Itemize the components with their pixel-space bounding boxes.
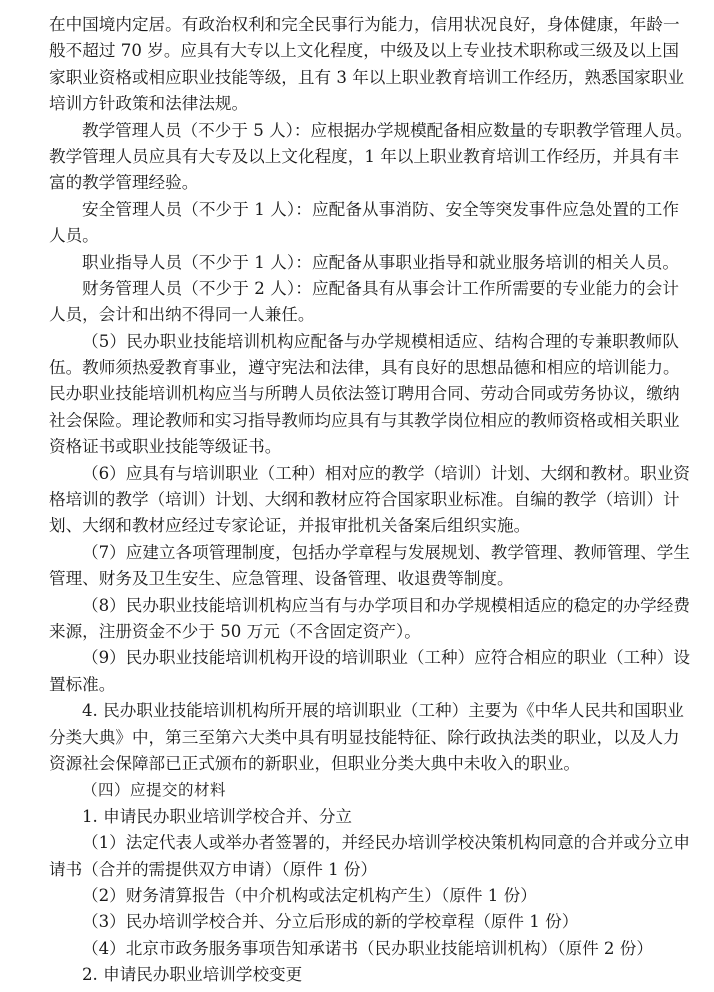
text-line: 划、大纲和教材应经过专家论证，并报审批机关备案后组织实施。 — [49, 513, 679, 539]
text-line: 格培训的教学（培训）计划、大纲和教材应符合国家职业标准。自编的教学（培训）计 — [49, 487, 679, 513]
text-line: 分类大典》中，第三至第六大类中具有明显技能特征、除行政执法类的职业，以及人力 — [49, 725, 679, 751]
text-line: 般不超过 70 岁。应具有大专以上文化程度，中级及以上专业技术职称或三级及以上国 — [49, 38, 679, 64]
document-page: 在中国境内定居。有政治权利和完全民事行为能力，信用状况良好，身体健康，年龄一 般… — [49, 12, 679, 988]
text-line: （7）应建立各项管理制度，包括办学章程与发展规划、教学管理、教师管理、学生 — [49, 540, 679, 566]
text-line: 4. 民办职业技能培训机构所开展的培训职业（工种）主要为《中华人民共和国职业 — [49, 698, 679, 724]
text-line: 安全管理人员（不少于 1 人）：应配备从事消防、安全等突发事件应急处置的工作 — [49, 197, 679, 223]
text-line: 教学管理人员（不少于 5 人）：应根据办学规模配备相应数量的专职教学管理人员。 — [49, 118, 679, 144]
text-line: （4）北京市政务服务事项告知承诺书（民办职业技能培训机构）（原件 2 份） — [49, 936, 679, 962]
paragraph-legal-rep-cont: 在中国境内定居。有政治权利和完全民事行为能力，信用状况良好，身体健康，年龄一 般… — [49, 12, 679, 118]
text-line: 社会保险。理论教师和实习指导教师均应具有与其教学岗位相应的教师资格或相关职业 — [49, 408, 679, 434]
text-line: 来源，注册资金不少于 50 万元（不含固定资产）。 — [49, 619, 679, 645]
text-line: 伍。教师须热爱教育事业，遵守宪法和法律，具有良好的思想品德和相应的培训能力。 — [49, 355, 679, 381]
text-line: （2）财务清算报告（中介机构或法定机构产生）（原件 1 份） — [49, 883, 679, 909]
text-line: 管理、财务及卫生安生、应急管理、设备管理、收退费等制度。 — [49, 566, 679, 592]
text-line: 民办职业技能培训机构应当与所聘人员依法签订聘用合同、劳动合同或劳务协议，缴纳 — [49, 381, 679, 407]
text-line: （8）民办职业技能培训机构应当有与办学项目和办学规模相适应的稳定的办学经费 — [49, 593, 679, 619]
section-heading-materials: （四）应提交的材料 — [49, 777, 679, 803]
text-line: （1）法定代表人或举办者签署的，并经民办培训学校决策机构同意的合并或分立申 — [49, 830, 679, 856]
paragraph-teaching-management-staff: 教学管理人员（不少于 5 人）：应根据办学规模配备相应数量的专职教学管理人员。 … — [49, 118, 679, 197]
text-line: 财务管理人员（不少于 2 人）：应配备具有从事会计工作所需要的专业能力的会计 — [49, 276, 679, 302]
material-item-1: （1）法定代表人或举办者签署的，并经民办培训学校决策机构同意的合并或分立申 请书… — [49, 830, 679, 883]
paragraph-item-5-teachers: （5）民办职业技能培训机构应配备与办学规模相适应、结构合理的专兼职教师队 伍。教… — [49, 329, 679, 461]
text-line: 请书（合并的需提供双方申请）（原件 1 份） — [49, 857, 679, 883]
material-item-2: （2）财务清算报告（中介机构或法定机构产生）（原件 1 份） — [49, 883, 679, 909]
text-line: 富的教学管理经验。 — [49, 170, 679, 196]
text-line: 置标准。 — [49, 672, 679, 698]
text-line: 人员。 — [49, 223, 679, 249]
paragraph-item-7-management-rules: （7）应建立各项管理制度，包括办学章程与发展规划、教学管理、教师管理、学生 管理… — [49, 540, 679, 593]
heading-text: （四）应提交的材料 — [49, 777, 679, 803]
text-line: 资源社会保障部已正式颁布的新职业，但职业分类大典中未收入的职业。 — [49, 751, 679, 777]
text-line: 职业指导人员（不少于 1 人）：应配备从事职业指导和就业服务培训的相关人员。 — [49, 250, 679, 276]
text-line: 家职业资格或相应职业技能等级，且有 3 年以上职业教育培训工作经历，熟悉国家职业 — [49, 65, 679, 91]
text-line: 资格证书或职业技能等级证书。 — [49, 434, 679, 460]
subheading-change-application: 2. 申请民办职业培训学校变更 — [49, 962, 679, 988]
paragraph-item-9-standards: （9）民办职业技能培训机构开设的培训职业（工种）应符合相应的职业（工种）设 置标… — [49, 645, 679, 698]
text-line: 培训方针政策和法律法规。 — [49, 91, 679, 117]
text-line: （6）应具有与培训职业（工种）相对应的教学（培训）计划、大纲和教材。职业资 — [49, 461, 679, 487]
text-line: （5）民办职业技能培训机构应配备与办学规模相适应、结构合理的专兼职教师队 — [49, 329, 679, 355]
paragraph-section-4-occupations: 4. 民办职业技能培训机构所开展的培训职业（工种）主要为《中华人民共和国职业 分… — [49, 698, 679, 777]
paragraph-safety-management-staff: 安全管理人员（不少于 1 人）：应配备从事消防、安全等突发事件应急处置的工作 人… — [49, 197, 679, 250]
text-line: 人员，会计和出纳不得同一人兼任。 — [49, 302, 679, 328]
text-line: 教学管理人员应具有大专及以上文化程度，1 年以上职业教育培训工作经历，并具有丰 — [49, 144, 679, 170]
paragraph-item-8-funding: （8）民办职业技能培训机构应当有与办学项目和办学规模相适应的稳定的办学经费 来源… — [49, 593, 679, 646]
paragraph-career-guidance-staff: 职业指导人员（不少于 1 人）：应配备从事职业指导和就业服务培训的相关人员。 — [49, 250, 679, 276]
text-line: 2. 申请民办职业培训学校变更 — [49, 962, 679, 988]
material-item-4: （4）北京市政务服务事项告知承诺书（民办职业技能培训机构）（原件 2 份） — [49, 936, 679, 962]
material-item-3: （3）民办培训学校合并、分立后形成的新的学校章程（原件 1 份） — [49, 909, 679, 935]
paragraph-finance-management-staff: 财务管理人员（不少于 2 人）：应配备具有从事会计工作所需要的专业能力的会计 人… — [49, 276, 679, 329]
text-line: （9）民办职业技能培训机构开设的培训职业（工种）应符合相应的职业（工种）设 — [49, 645, 679, 671]
subheading-merge-split: 1. 申请民办职业培训学校合并、分立 — [49, 804, 679, 830]
text-line: （3）民办培训学校合并、分立后形成的新的学校章程（原件 1 份） — [49, 909, 679, 935]
text-line: 在中国境内定居。有政治权利和完全民事行为能力，信用状况良好，身体健康，年龄一 — [49, 12, 679, 38]
paragraph-item-6-curriculum: （6）应具有与培训职业（工种）相对应的教学（培训）计划、大纲和教材。职业资 格培… — [49, 461, 679, 540]
text-line: 1. 申请民办职业培训学校合并、分立 — [49, 804, 679, 830]
